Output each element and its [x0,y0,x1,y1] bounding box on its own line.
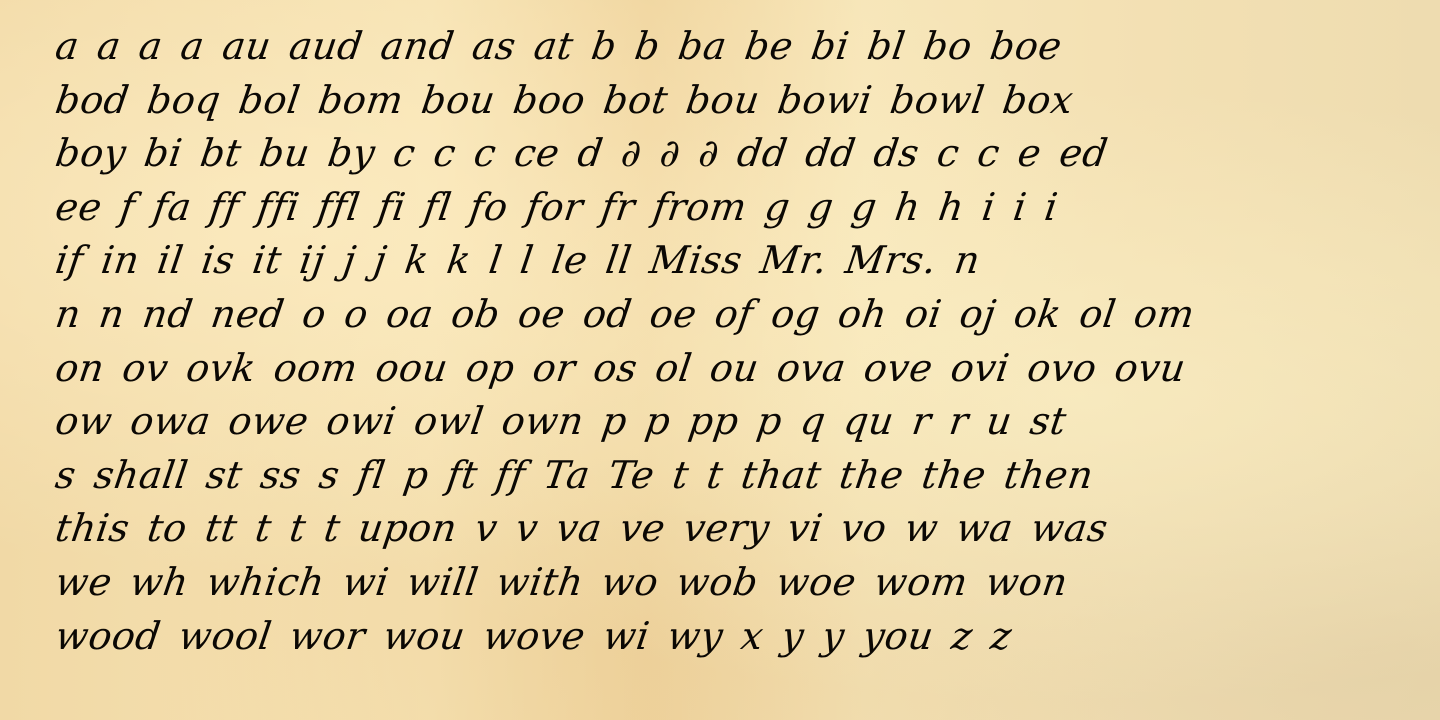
specimen-line-5: if in il is it ij j j k k l l le ll Miss… [52,234,1420,288]
specimen-line-11: we wh which wi will with wo wob woe wom … [52,556,1420,610]
specimen-line-3: boy bi bt bu by c c c ce d ∂ ∂ ∂ dd dd d… [52,127,1420,181]
font-specimen-page: { "specimen": { "lines": [ "a a a a au a… [0,0,1440,720]
handwriting-specimen: a a a a au aud and as at b b ba be bi bl… [52,20,1412,663]
specimen-line-12: wood wool wor wou wove wi wy x y y you z… [52,610,1420,664]
specimen-line-1: a a a a au aud and as at b b ba be bi bl… [52,20,1420,74]
specimen-line-8: ow owa owe owi owl own p p pp p q qu r r… [52,395,1420,449]
specimen-line-9: s shall st ss s fl p ft ff Ta Te t t tha… [52,449,1420,503]
specimen-line-6: n n nd ned o o oa ob oe od oe of og oh o… [52,288,1420,342]
specimen-line-7: on ov ovk oom oou op or os ol ou ova ove… [52,342,1420,396]
specimen-line-4: ee f fa ff ffi ffl fi fl fo for fr from … [52,181,1420,235]
specimen-line-10: this to tt t t t upon v v va ve very vi … [52,502,1420,556]
specimen-line-2: bod boq bol bom bou boo bot bou bowi bow… [52,74,1420,128]
